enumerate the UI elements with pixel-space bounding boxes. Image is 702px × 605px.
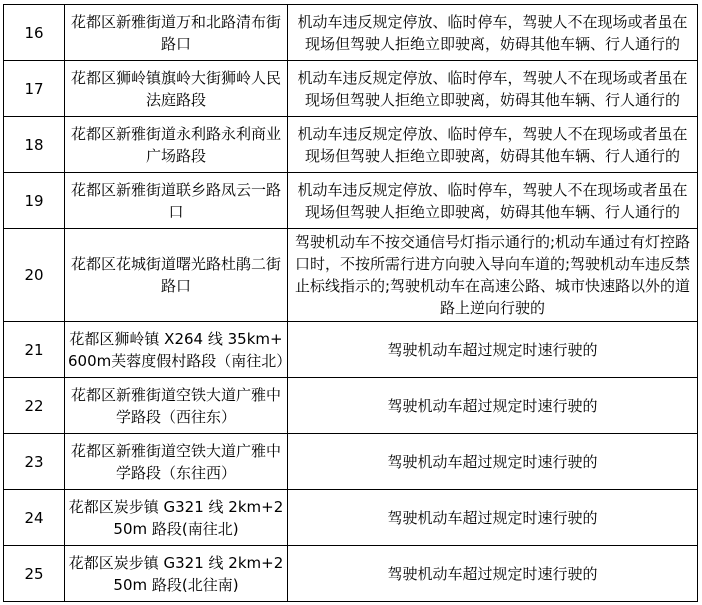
violation-cell: 机动车违反规定停放、临时停车，驾驶人不在现场或者虽在现场但驾驶人拒绝立即驶离，妨… — [288, 173, 698, 229]
table-row: 19 花都区新雅街道联乡路凤云一路口 机动车违反规定停放、临时停车，驾驶人不在现… — [4, 173, 698, 229]
violation-cell: 驾驶机动车超过规定时速行驶的 — [288, 490, 698, 546]
document-page: 16 花都区新雅街道万和北路清布街路口 机动车违反规定停放、临时停车，驾驶人不在… — [0, 4, 702, 605]
row-number-cell: 25 — [4, 546, 65, 602]
violation-cell: 机动车违反规定停放、临时停车，驾驶人不在现场或者虽在现场但驾驶人拒绝立即驶离，妨… — [288, 61, 698, 117]
location-cell: 花都区新雅街道联乡路凤云一路口 — [65, 173, 288, 229]
violation-table: 16 花都区新雅街道万和北路清布街路口 机动车违反规定停放、临时停车，驾驶人不在… — [3, 4, 698, 602]
location-cell: 花都区新雅街道永利路永利商业广场路段 — [65, 117, 288, 173]
location-cell: 花都区狮岭镇旗岭大街狮岭人民法庭路段 — [65, 61, 288, 117]
row-number-cell: 21 — [4, 322, 65, 378]
location-cell: 花都区新雅街道万和北路清布街路口 — [65, 5, 288, 61]
table-row: 21 花都区狮岭镇 X264 线 35km+600m芙蓉度假村路段（南往北） 驾… — [4, 322, 698, 378]
location-cell: 花都区新雅街道空铁大道广雅中学路段（西往东） — [65, 378, 288, 434]
violation-cell: 驾驶机动车超过规定时速行驶的 — [288, 322, 698, 378]
table-row: 24 花都区炭步镇 G321 线 2km+250m 路段(南往北) 驾驶机动车超… — [4, 490, 698, 546]
row-number-cell: 19 — [4, 173, 65, 229]
table-row: 22 花都区新雅街道空铁大道广雅中学路段（西往东） 驾驶机动车超过规定时速行驶的 — [4, 378, 698, 434]
location-cell: 花都区花城街道曙光路杜鹃二街路口 — [65, 229, 288, 322]
table-row: 16 花都区新雅街道万和北路清布街路口 机动车违反规定停放、临时停车，驾驶人不在… — [4, 5, 698, 61]
violation-cell: 机动车违反规定停放、临时停车，驾驶人不在现场或者虽在现场但驾驶人拒绝立即驶离，妨… — [288, 5, 698, 61]
row-number-cell: 20 — [4, 229, 65, 322]
location-cell: 花都区新雅街道空铁大道广雅中学路段（东往西） — [65, 434, 288, 490]
location-cell: 花都区狮岭镇 X264 线 35km+600m芙蓉度假村路段（南往北） — [65, 322, 288, 378]
table-row: 18 花都区新雅街道永利路永利商业广场路段 机动车违反规定停放、临时停车，驾驶人… — [4, 117, 698, 173]
table-row: 20 花都区花城街道曙光路杜鹃二街路口 驾驶机动车不按交通信号灯指示通行的;机动… — [4, 229, 698, 322]
violation-cell: 驾驶机动车超过规定时速行驶的 — [288, 434, 698, 490]
violation-cell: 驾驶机动车超过规定时速行驶的 — [288, 378, 698, 434]
row-number-cell: 24 — [4, 490, 65, 546]
violation-cell: 驾驶机动车超过规定时速行驶的 — [288, 546, 698, 602]
row-number-cell: 23 — [4, 434, 65, 490]
violation-table-body: 16 花都区新雅街道万和北路清布街路口 机动车违反规定停放、临时停车，驾驶人不在… — [4, 5, 698, 602]
row-number-cell: 22 — [4, 378, 65, 434]
violation-cell: 机动车违反规定停放、临时停车，驾驶人不在现场或者虽在现场但驾驶人拒绝立即驶离，妨… — [288, 117, 698, 173]
row-number-cell: 16 — [4, 5, 65, 61]
table-row: 23 花都区新雅街道空铁大道广雅中学路段（东往西） 驾驶机动车超过规定时速行驶的 — [4, 434, 698, 490]
table-row: 17 花都区狮岭镇旗岭大街狮岭人民法庭路段 机动车违反规定停放、临时停车，驾驶人… — [4, 61, 698, 117]
table-row: 25 花都区炭步镇 G321 线 2km+250m 路段(北往南) 驾驶机动车超… — [4, 546, 698, 602]
violation-cell: 驾驶机动车不按交通信号灯指示通行的;机动车通过有灯控路口时，不按所需行进方向驶入… — [288, 229, 698, 322]
location-cell: 花都区炭步镇 G321 线 2km+250m 路段(北往南) — [65, 546, 288, 602]
location-cell: 花都区炭步镇 G321 线 2km+250m 路段(南往北) — [65, 490, 288, 546]
row-number-cell: 17 — [4, 61, 65, 117]
row-number-cell: 18 — [4, 117, 65, 173]
